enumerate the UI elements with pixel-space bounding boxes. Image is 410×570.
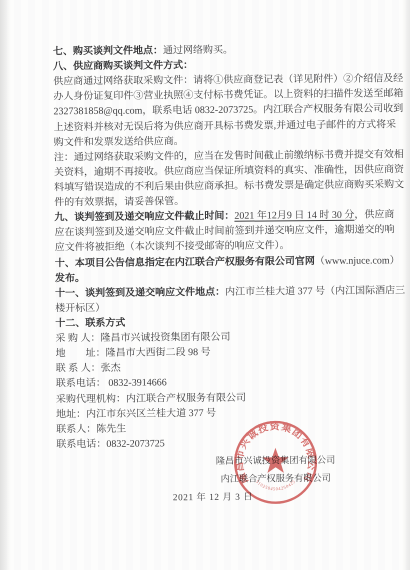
- doc-line: 上述资料并核对无误后将为供应商开具标书费发票,并通过电子邮件的方式将采: [54, 117, 390, 135]
- doc-text: 通过网络购买。: [163, 45, 233, 57]
- doc-text: 上述资料并核对无误后将为供应商开具标书费发票,并通过电子邮件的方式将采: [54, 119, 397, 133]
- doc-text: 联系电话：0832-2073725: [56, 438, 164, 450]
- signature-block: 隆昌市兴诚投资集团有限公司 内江联合产权服务有限公司: [214, 452, 336, 489]
- doc-line: 联系电话：0832-2073725: [56, 434, 392, 452]
- doc-text: 关资料，逾期不再接收。供应商应当保证所填资料的真实、准确性，因供应商资: [54, 164, 404, 178]
- doc-text: 2327381858@qq.com，联系电话 0832-2073725。内江联合…: [53, 104, 403, 118]
- doc-text: 采 购 人：隆昌市兴诚投资集团有限公司: [55, 332, 230, 345]
- scanned-document-page: 七、购买谈判文件地点：通过网络购买。八、供应商购买谈判文件方式：供应商通过网络获…: [0, 0, 410, 570]
- doc-text-bold: 九、谈判签到及递交响应文件截止时间：: [54, 211, 234, 224]
- document-body: 七、购买谈判文件地点：通过网络购买。八、供应商购买谈判文件方式：供应商通过网络获…: [53, 41, 393, 452]
- signature-date: 2021 年 12 月 3 日: [173, 489, 253, 504]
- page-tilt-wrapper: 七、购买谈判文件地点：通过网络购买。八、供应商购买谈判文件方式：供应商通过网络获…: [0, 0, 410, 570]
- doc-line: 十、本项目公告信息指定在内江联合产权服务有限公司官网（www.njuce.com…: [55, 253, 391, 271]
- doc-text: 联 系 人：张杰: [56, 363, 121, 375]
- doc-text: 楼开标区）: [55, 303, 105, 314]
- doc-text: 地 址：隆昌市大西街二段 98 号: [56, 347, 211, 359]
- signature-company-purchaser: 隆昌市兴诚投资集团有限公司: [214, 452, 336, 471]
- doc-text-bold: 十二、联系方式: [55, 318, 125, 330]
- doc-text-bold: 发布。: [55, 273, 85, 284]
- doc-text-bold: 七、购买谈判文件地点：: [53, 45, 163, 57]
- doc-text: 地址：内江市东兴区兰桂大道 377 号: [56, 408, 216, 420]
- doc-text: 购文件和发票发送给供应商。: [54, 136, 184, 148]
- signature-company-agency: 内江联合产权服务有限公司: [215, 470, 337, 489]
- doc-text: 件的有效票据，请妥善保管。: [54, 196, 184, 208]
- doc-text: ，供应商: [354, 210, 394, 221]
- doc-text: 联系电话： 0832-3914666: [56, 378, 167, 390]
- doc-text: 采购代理机构：内江联合产权服务有限公司: [56, 392, 246, 405]
- doc-text-bold: 八、供应商购买谈判文件方式：: [53, 60, 193, 72]
- doc-line: 料填写错误造成的不利后果由供应商承担。标书费发票是确定供应商购买采购文: [54, 177, 390, 195]
- doc-text: （www.njuce.com）: [315, 255, 400, 267]
- doc-text-bold: 十一、谈判签到及递交响应文件地点：: [55, 287, 225, 299]
- doc-text: 应文件将被拒绝（本次谈判不接受邮寄的响应文件）。: [55, 241, 290, 254]
- doc-text-underlined: 2021 年12月9 日 14 时 30 分: [234, 210, 354, 222]
- doc-text: 内江市兰桂大道 377 号（内江国际酒店三: [225, 285, 405, 298]
- doc-text-bold: 十、本项目公告信息指定在内江联合产权服务有限公司官网: [55, 256, 315, 269]
- doc-text: 注：通过网络获取采购文件的，应当在发售时间截止前缴纳标书费并提交有效相: [54, 149, 404, 163]
- doc-text: 应在谈判签到及递交响应文件截止时间前签到并递交响应文件，逾期递交的响: [54, 225, 394, 239]
- doc-text: 办人身份证复印件③营业执照④支付标书费凭证。以上资料的扫描件发送至邮箱: [53, 89, 403, 103]
- doc-text: 料填写错误造成的不利后果由供应商承担。标书费发票是确定供应商购买采购文: [54, 179, 404, 193]
- doc-text: 供应商通过网络获取采购文件：请将①供应商登记表（详见附件）②介绍信及经: [53, 73, 403, 87]
- doc-text: 联系人：陈先生: [56, 423, 126, 435]
- doc-line: 十一、谈判签到及递交响应文件地点：内江市兰桂大道 377 号（内江国际酒店三: [55, 283, 391, 301]
